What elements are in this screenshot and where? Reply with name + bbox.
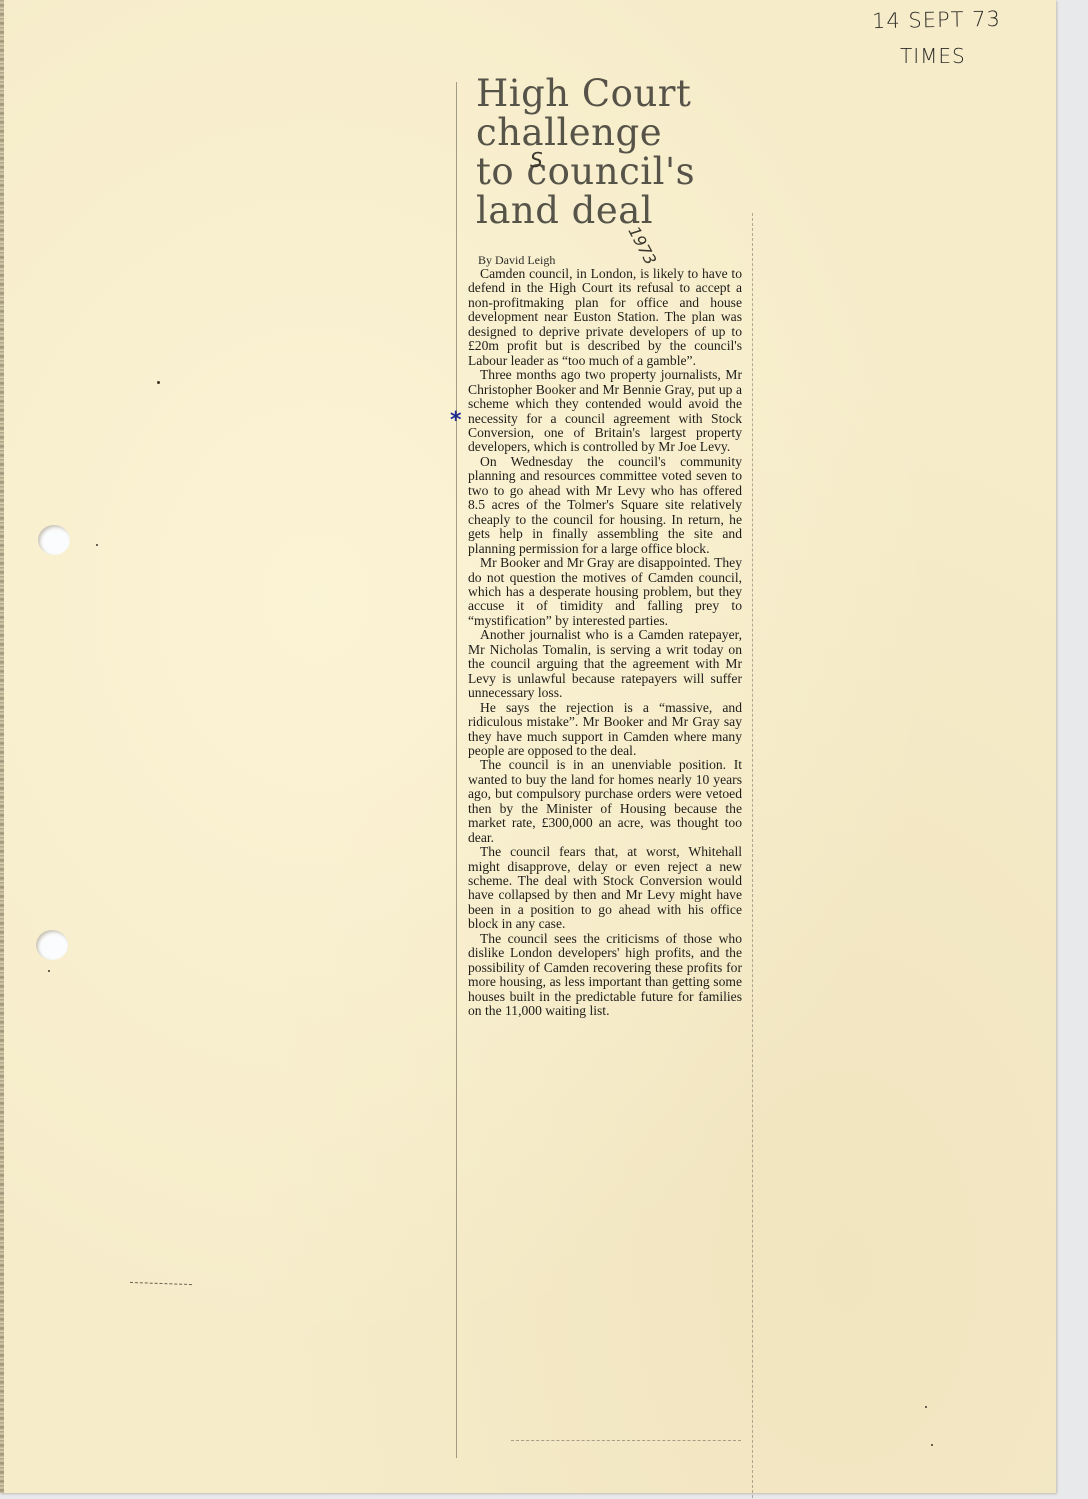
clipping-cut-edge bbox=[752, 213, 753, 1499]
article-paragraph: The council is in an unenviable position… bbox=[468, 758, 742, 845]
handwritten-date: 14 SEPT 73 bbox=[872, 7, 1001, 33]
pencil-dash-mark bbox=[130, 1282, 192, 1285]
article-paragraph: Three months ago two property journalist… bbox=[468, 368, 742, 455]
punch-hole-icon bbox=[36, 930, 68, 960]
ink-speck bbox=[931, 1444, 933, 1446]
clipping-cut-edge bbox=[511, 1440, 741, 1441]
handwritten-s-annotation: S bbox=[530, 148, 543, 172]
paper-sheet: 14 SEPT 73 TIMES * High Court challenge … bbox=[0, 0, 1056, 1493]
article-paragraph: He says the rejection is a “massive, and… bbox=[468, 701, 742, 759]
headline-line: to council's bbox=[476, 152, 746, 191]
punch-hole-icon bbox=[38, 525, 70, 555]
article-paragraph: Camden council, in London, is likely to … bbox=[468, 267, 742, 368]
headline-line: challenge bbox=[476, 113, 746, 152]
article-paragraph: On Wednesday the council's community pla… bbox=[468, 455, 742, 556]
clipping-cut-edge bbox=[456, 82, 457, 1458]
article-body: Camden council, in London, is likely to … bbox=[468, 267, 742, 1019]
ink-speck bbox=[48, 970, 50, 972]
article-paragraph: Mr Booker and Mr Gray are disappointed. … bbox=[468, 556, 742, 628]
article-paragraph: The council fears that, at worst, Whiteh… bbox=[468, 845, 742, 932]
article-paragraph: Another journalist who is a Camden ratep… bbox=[468, 628, 742, 700]
headline-line: High Court bbox=[476, 74, 746, 113]
headline-line: land deal bbox=[476, 191, 746, 230]
ink-speck bbox=[157, 381, 160, 384]
ink-speck bbox=[925, 1406, 927, 1408]
newspaper-clipping: High Court challenge to council's land d… bbox=[456, 68, 756, 1448]
sheet-left-edge bbox=[0, 0, 4, 1493]
handwritten-publication: TIMES bbox=[900, 44, 966, 68]
article-headline: High Court challenge to council's land d… bbox=[476, 74, 746, 230]
article-paragraph: The council sees the criticisms of those… bbox=[468, 932, 742, 1019]
ink-speck bbox=[96, 544, 98, 546]
